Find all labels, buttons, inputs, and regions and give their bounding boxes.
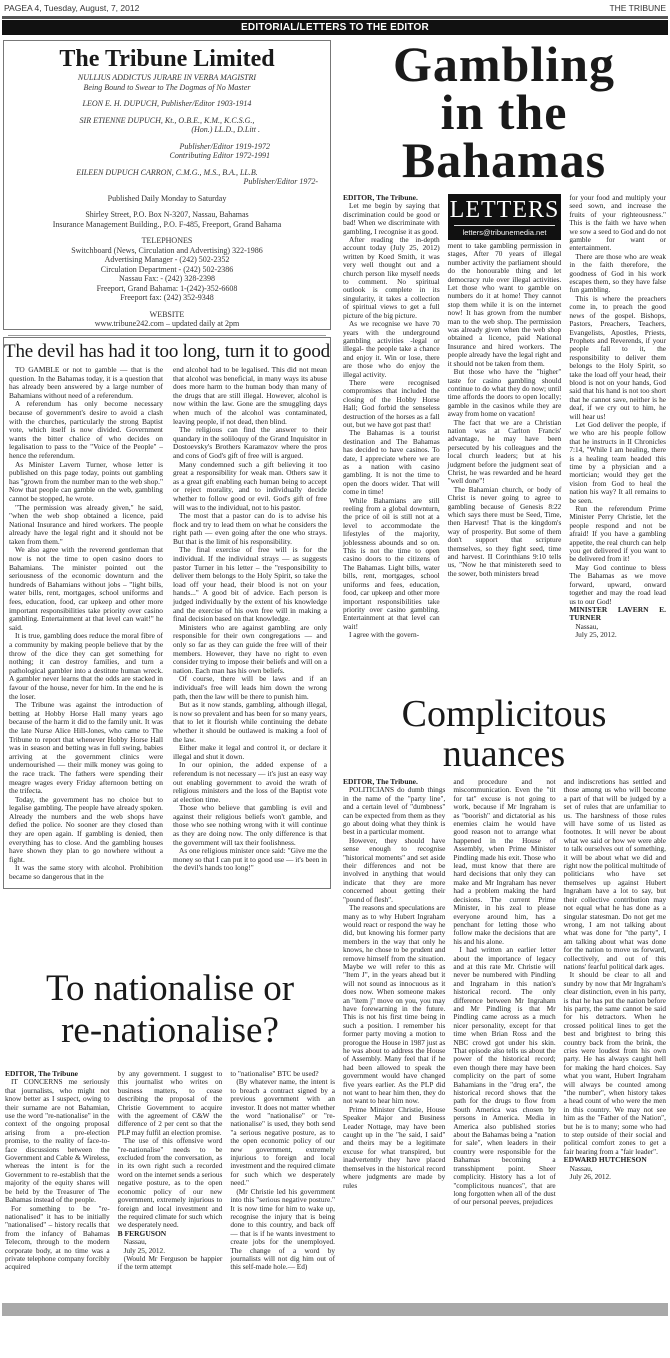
paragraph: Let me begin by saying that discriminati… [343,202,440,236]
page-header: PAGEA 4, Tuesday, August, 7, 2012 THE TR… [4,3,666,15]
paragraph: Of course, there will be laws and if an … [173,675,327,701]
masthead-eileen: EILEEN DUPUCH CARRON, C.M.G., M.S., B.A.… [4,168,330,178]
masthead-published: Published Daily Monday to Saturday [4,194,330,204]
letter-date: July 26, 2012. [564,1173,666,1181]
paragraph: It was the same story with alcohol. Proh… [9,864,163,881]
paragraph: While Bahamians are still reeling from a… [343,497,440,632]
paragraph: The reasons and speculations are many as… [343,904,445,1106]
headline-line: nuances [340,734,668,774]
paragraph: Run the referendum Prime Minister Perry … [569,505,666,564]
masthead-address-1: Shirley Street, P.O. Box N-3207, Nassau,… [4,210,330,220]
paragraph: I had written an earlier letter about th… [453,946,555,1207]
paragraph: The use of this offensive word "re-natio… [118,1137,223,1229]
masthead-motto: NULLIUS ADDICTUS JURARE IN VERBA MAGISTR… [4,73,330,83]
masthead-phone: Nassau Fax: - (242) 328-2398 [4,274,330,284]
nationalise-column-3: to "nationalise" BTC be used? (By whatev… [230,1070,335,1272]
letter-signature: MINISTER LAVERN E. TURNER [569,606,666,623]
masthead-etienne-honours: (Hon.) LL.D., D.Litt . [4,125,330,135]
paragraph: The Tribune was against the introduction… [9,701,163,796]
headline-line: Gambling [340,40,668,88]
editorial-box: The devil has had it too long, turn it t… [3,337,331,889]
editorial-columns: TO GAMBLE or not to gamble — that is the… [9,366,327,882]
editorial-column-2: end alcohol had to be legalised. This di… [173,366,327,882]
paragraph: IT CONCERNS me seriously that journalist… [5,1078,110,1204]
masthead-telephones-heading: TELEPHONES [4,236,330,246]
gambling-column-2: LETTERS letters@tribunemedia.net ment to… [448,194,562,640]
gambling-headline: Gambling in the Bahamas [340,40,668,184]
paragraph: There are those who are weak in the fait… [569,253,666,295]
headline-line: in the [340,88,668,136]
headline-line: Bahamas [340,136,668,184]
letters-logo-rule [454,225,556,226]
paragraph: The Bahamas is a tourist destination and… [343,429,440,496]
section-banner: EDITORIAL/LETTERS TO THE EDITOR [2,20,668,35]
paragraph: It is true, gambling does reduce the mor… [9,632,163,701]
nationalise-letter-columns: EDITOR, The Tribune IT CONCERNS me serio… [5,1070,335,1272]
paragraph: (By whatever name, the intent is to brea… [230,1078,335,1187]
paragraph: It should be clear to all and sundry by … [564,971,666,1156]
paragraph: Ministers who are against gambling are o… [173,624,327,676]
paragraph: ment to take gambling permission in stag… [448,242,562,368]
masthead-phone: Circulation Department - (242) 502-2386 [4,265,330,275]
paragraph: Today, the government has no choice but … [9,796,163,865]
editor-note: (Would Mr Ferguson be happier if the ter… [118,1255,223,1272]
paragraph: The religious can find the answer to the… [173,426,327,460]
masthead-phone: Freeport fax: (242) 352-9348 [4,293,330,303]
headline-line: Complicitous [340,694,668,734]
complicit-column-2: and procedure and not miscommunication. … [453,778,555,1207]
paragraph: and indiscretions has settled and those … [564,778,666,971]
complicit-letter-columns: EDITOR, The Tribune. POLITICIANS do dumb… [343,778,666,1207]
masthead-leon: LEON E. H. DUPUCH, Publisher/Editor 1903… [4,99,330,109]
page-info: PAGEA 4, Tuesday, August, 7, 2012 [4,3,139,13]
paragraph: Those who believe that gambling is evil … [173,804,327,847]
paragraph: But as it now stands, gambling, although… [173,701,327,744]
letter-date: July 25, 2012. [569,631,666,639]
paragraph: But those who have the "higher" taste fo… [448,368,562,418]
masthead-website-heading: WEBSITE [4,310,330,320]
masthead-etienne: SIR ETIENNE DUPUCH, Kt., O.B.E., K.M., K… [4,116,330,126]
masthead-phone: Advertising Manager - (242) 502-2352 [4,255,330,265]
paragraph: This is where the preachers come in, to … [569,295,666,421]
paragraph: After reading the in-depth account today… [343,236,440,320]
letters-logo: LETTERS letters@tribunemedia.net [448,194,562,240]
nationalise-column-2: by any government. I suggest to this jou… [118,1070,223,1272]
paragraph: end alcohol had to be legalised. This di… [173,366,327,426]
paragraph: for your food and multiply your seed sow… [569,194,666,253]
paragraph: "The permission was already given," he s… [9,504,163,547]
headline-line: re-nationalise? [2,1010,338,1052]
paragraph: As one religious minister once said: "Gi… [173,847,327,873]
nationalise-column-1: EDITOR, The Tribune IT CONCERNS me serio… [5,1070,110,1272]
header-rule [2,16,668,19]
paragraph: A referendum has only become necessary b… [9,400,163,460]
nationalise-headline: To nationalise or re-nationalise? [2,968,338,1052]
paragraph: However, they should have sense enough t… [343,837,445,904]
editorial-column-1: TO GAMBLE or not to gamble — that is the… [9,366,163,882]
paragraph: Many condemned such a gift believing it … [173,461,327,513]
masthead-rule [8,335,326,336]
paragraph: In our opinion, the added expense of a r… [173,761,327,804]
paragraph: As we recognise we have 70 years with th… [343,320,440,379]
paragraph: and procedure and not miscommunication. … [453,778,555,946]
masthead-etienne-contrib: Contributing Editor 1972-1991 [4,151,330,161]
masthead-phone: Switchboard (News, Circulation and Adver… [4,246,330,256]
paragraph: There were recognised compromises that i… [343,379,440,429]
paragraph: May God continue to bless The Bahamas as… [569,564,666,606]
paragraph: For something to be "re-nationalised" it… [5,1205,110,1272]
paragraph: POLITICIANS do dumb things in the name o… [343,786,445,836]
headline-line: To nationalise or [2,968,338,1010]
masthead-address-2: Insurance Management Building., P.O. F-4… [4,220,330,230]
paragraph: The fact that we are a Christian nation … [448,419,562,486]
masthead-box: The Tribune Limited NULLIUS ADDICTUS JUR… [3,40,331,330]
paragraph: Either make it legal and control it, or … [173,744,327,761]
masthead-title: The Tribune Limited [4,45,330,73]
gambling-column-3: for your food and multiply your seed sow… [569,194,666,640]
complicit-column-1: EDITOR, The Tribune. POLITICIANS do dumb… [343,778,445,1207]
complicit-column-3: and indiscretions has settled and those … [564,778,666,1207]
paragraph: We also agree with the reverend gentlema… [9,546,163,632]
masthead-phone: Freeport, Grand Bahama: 1-(242)-352-6608 [4,284,330,294]
masthead-eileen-role: Publisher/Editor 1972- [4,177,330,187]
paragraph: TO GAMBLE or not to gamble — that is the… [9,366,163,400]
gambling-column-1: EDITOR, The Tribune. Let me begin by say… [343,194,440,640]
footer-bar [2,1303,668,1316]
masthead-etienne-role: Publisher/Editor 1919-1972 [4,142,330,152]
paper-name: THE TRIBUNE [609,3,666,13]
paragraph: by any government. I suggest to this jou… [118,1070,223,1137]
letters-logo-word: LETTERS [450,197,560,223]
masthead-website[interactable]: www.tribune242.com – updated daily at 2p… [4,319,330,329]
editorial-headline: The devil has had it too long, turn it t… [4,340,330,364]
paragraph: The most that a pastor can do is to advi… [173,512,327,546]
paragraph: I agree with the govern- [343,631,440,639]
letters-email[interactable]: letters@tribunemedia.net [450,228,560,238]
masthead-motto-translation: Being Bound to Swear to The Dogmas of No… [4,83,330,93]
gambling-letter-columns: EDITOR, The Tribune. Let me begin by say… [343,194,666,640]
paragraph: (Mr Christie led his government into thi… [230,1188,335,1272]
complicit-headline: Complicitous nuances [340,694,668,774]
paragraph: The final exercise of free will is for t… [173,546,327,623]
paragraph: As Minister Lavern Turner, whose letter … [9,461,163,504]
paragraph: Prime Minister Christie, House Speaker M… [343,1106,445,1190]
paragraph: The Bahamian church, or body of Christ i… [448,486,562,578]
paragraph: Let God deliver the people, if we who ar… [569,421,666,505]
